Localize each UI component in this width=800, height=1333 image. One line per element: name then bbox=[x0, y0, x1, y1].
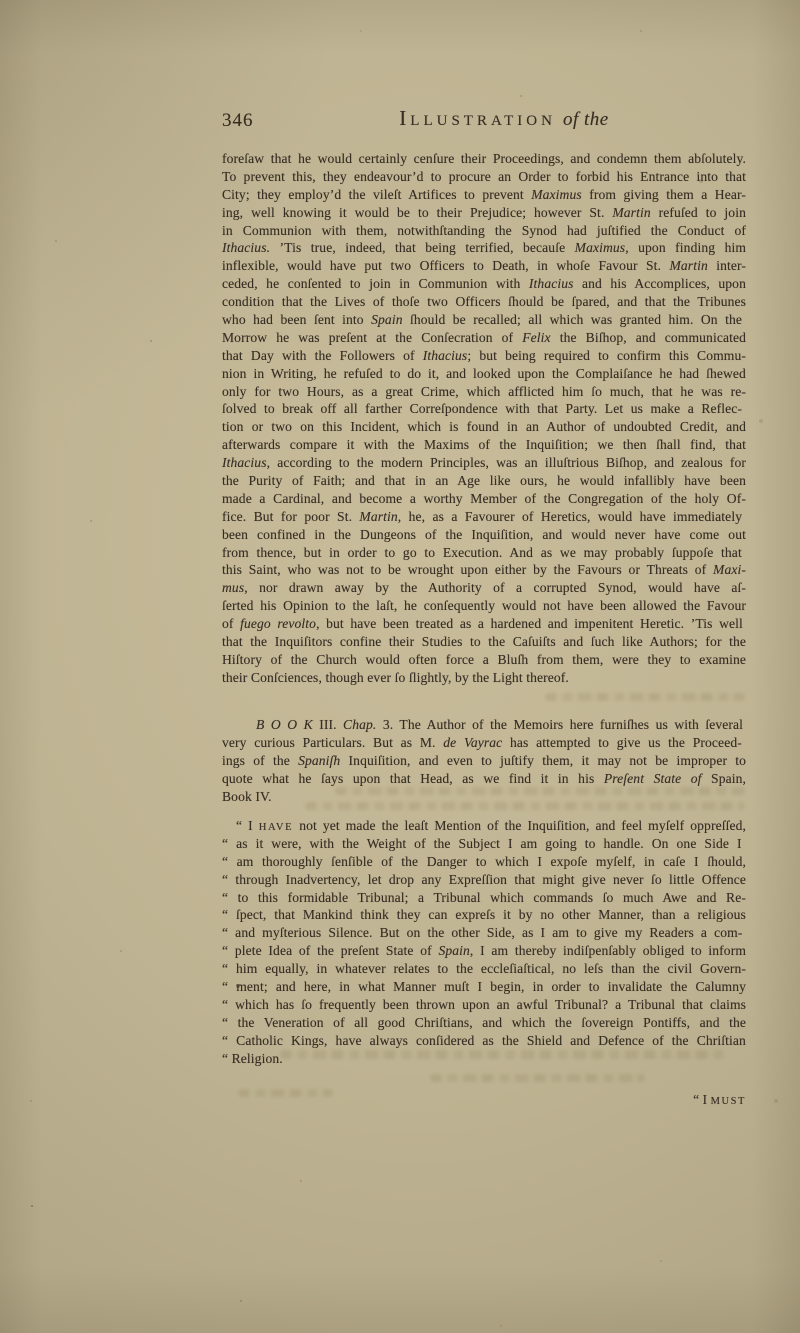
text-line: “ the Veneration of all good Chriſtians,… bbox=[222, 1014, 746, 1032]
text-line: their Conſciences, though ever ſo ſlight… bbox=[222, 669, 746, 687]
text-line: that the Inquiſitors confine their Studi… bbox=[222, 633, 746, 651]
text-line: afterwards compare it with the Maxims of… bbox=[222, 436, 746, 454]
text-line: To prevent this, they endeavour’d to pro… bbox=[222, 168, 746, 186]
text-line: ſerted his Opinion to the laſt, he conſe… bbox=[222, 597, 746, 615]
running-title-suffix: of the bbox=[563, 109, 609, 130]
text-line: Hiſtory of the Church would often force … bbox=[222, 651, 746, 669]
ink-bleedthrough bbox=[545, 693, 745, 701]
book-page-scan: 346 Illustrationof the foreſaw that he w… bbox=[0, 0, 800, 1333]
text-line: “ I MUST bbox=[222, 1091, 746, 1109]
paragraph-continuation: foreſaw that he would certainly cenſure … bbox=[222, 150, 746, 687]
text-line: “ ment; and here, in what Manner muſt I … bbox=[222, 978, 746, 996]
paper-texture bbox=[150, 340, 152, 342]
page-header: 346 Illustrationof the bbox=[222, 106, 746, 140]
text-line: City; they employ’d the vileſt Artifices… bbox=[222, 186, 746, 204]
text-line: of fuego revolto, but have been treated … bbox=[222, 615, 746, 633]
text-line: in Communion with them, notwithſtanding … bbox=[222, 222, 746, 240]
text-line: “ through Inadvertency, let drop any Exp… bbox=[222, 871, 746, 889]
text-line: “ Catholic Kings, have always conſidered… bbox=[222, 1032, 746, 1050]
text-line: “ as it were, with the Weight of the Sub… bbox=[222, 835, 746, 853]
text-line: inflexible, would have put two Officers … bbox=[222, 257, 746, 275]
paragraph-book3-chap3: B O O K III. Chap. 3. The Author of the … bbox=[222, 716, 746, 805]
text-line: the Purity of Faith; and that in an Age … bbox=[222, 472, 746, 490]
text-line: “ I HAVE not yet made the leaſt Mention … bbox=[222, 817, 746, 835]
ink-bleedthrough bbox=[430, 1074, 645, 1082]
running-title-main: Illustration bbox=[399, 106, 556, 130]
running-title: Illustrationof the bbox=[262, 106, 746, 131]
text-line: ings of the Spaniſh Inquiſition, and eve… bbox=[222, 752, 746, 770]
text-line: “ ſpect, that Mankind think they can exp… bbox=[222, 906, 746, 924]
text-line: this Saint, who was not to be wrought up… bbox=[222, 561, 746, 579]
text-line: fice. But for poor St. Martin, he, as a … bbox=[222, 508, 746, 526]
text-line: mus, nor drawn away by the Authority of … bbox=[222, 579, 746, 597]
text-line: “ am thoroughly ſenſible of the Danger t… bbox=[222, 853, 746, 871]
text-line: “ and myſterious Silence. But on the oth… bbox=[222, 924, 746, 942]
text-line: B O O K III. Chap. 3. The Author of the … bbox=[222, 716, 746, 734]
text-line: made a Cardinal, and become a worthy Mem… bbox=[222, 490, 746, 508]
text-line: very curious Particulars. But as M. de V… bbox=[222, 734, 746, 752]
text-line: from thence, but in order to go to Execu… bbox=[222, 544, 746, 562]
text-line: “ plete Idea of the preſent State of Spa… bbox=[222, 942, 746, 960]
text-line: “ him equally, in whatever relates to th… bbox=[222, 960, 746, 978]
text-line: quote what he ſays upon that Head, as we… bbox=[222, 770, 746, 788]
text-line: who had been ſent into Spain ſhould be r… bbox=[222, 311, 746, 329]
text-line: only for two Hours, as a great Crime, wh… bbox=[222, 383, 746, 401]
text-line: ſolved to break off all farther Correſpo… bbox=[222, 400, 746, 418]
quoted-passage-de-vayrac: “ I HAVE not yet made the leaſt Mention … bbox=[222, 817, 746, 1067]
text-line: foreſaw that he would certainly cenſure … bbox=[222, 150, 746, 168]
text-line: condition that the Lives of thoſe two Of… bbox=[222, 293, 746, 311]
text-line: Ithacius, according to the modern Princi… bbox=[222, 454, 746, 472]
page-number: 346 bbox=[222, 110, 254, 132]
text-line: Morrow he was preſent at the Conſecratio… bbox=[222, 329, 746, 347]
text-line: “ which has ſo frequently been thrown up… bbox=[222, 996, 746, 1014]
text-line: been confined in the Dungeons of the Inq… bbox=[222, 526, 746, 544]
catchword: “ I MUST bbox=[222, 1091, 746, 1109]
text-line: nion in Writing, he refuſed to do it, an… bbox=[222, 365, 746, 383]
text-line: Ithacius. ’Tis true, indeed, that being … bbox=[222, 239, 746, 257]
text-line: ing, well knowing it would be to their P… bbox=[222, 204, 746, 222]
text-line: Book IV. bbox=[222, 788, 746, 806]
text-line: “ Religion. bbox=[222, 1050, 746, 1068]
text-line: ceded, he conſented to join in Communion… bbox=[222, 275, 746, 293]
text-line: that Day with the Followers of Ithacius;… bbox=[222, 347, 746, 365]
text-line: “ to this formidable Tribunal; a Tribuna… bbox=[222, 889, 746, 907]
text-line: tion or two on this Incident, which is f… bbox=[222, 418, 746, 436]
